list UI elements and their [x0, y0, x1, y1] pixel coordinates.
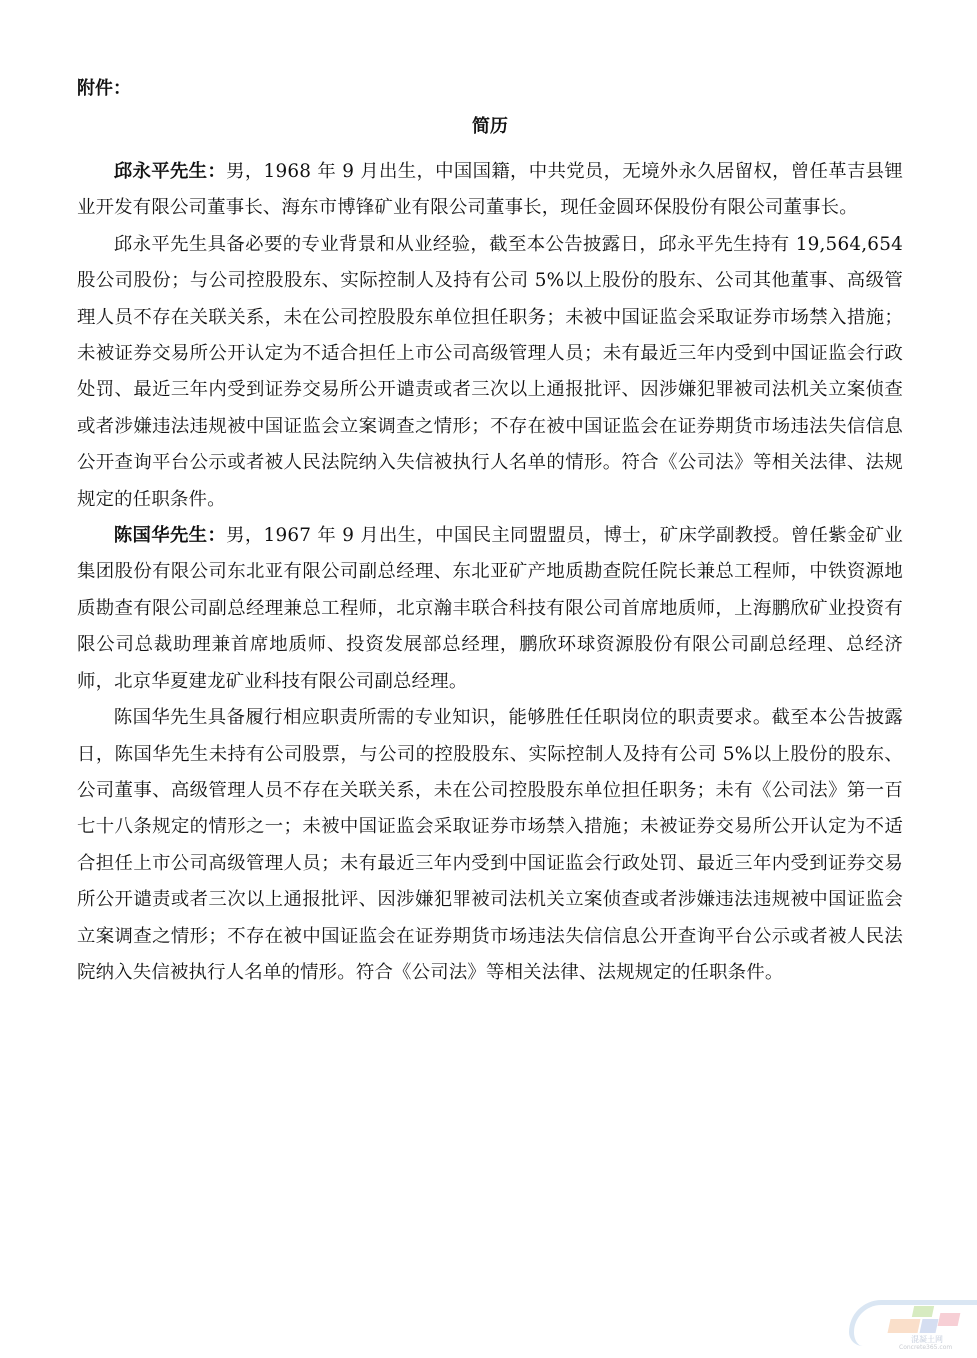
watermark-logo: 混凝土网 Concrete365.com [849, 1294, 969, 1354]
logo-tile-green-icon [912, 1306, 934, 1317]
statement-paragraph-chen: 陈国华先生具备履行相应职责所需的专业知识，能够胜任任职岗位的职责要求。截至本公告… [77, 700, 903, 991]
bio-text-chen: 男，1967 年 9 月出生，中国民主同盟盟员，博士，矿床学副教授。曾任紫金矿业… [77, 525, 903, 692]
attachment-label: 附件： [77, 74, 903, 104]
logo-tile-pink-icon [938, 1313, 961, 1326]
document-page: 附件： 简历 邱永平先生：男，1968 年 9 月出生，中国国籍，中共党员，无境… [77, 74, 903, 991]
document-title: 简历 [77, 112, 903, 142]
person-name-qiu: 邱永平先生： [114, 161, 226, 182]
bio-paragraph-chen: 陈国华先生：男，1967 年 9 月出生，中国民主同盟盟员，博士，矿床学副教授。… [77, 518, 903, 700]
bio-paragraph-qiu: 邱永平先生：男，1968 年 9 月出生，中国国籍，中共党员，无境外永久居留权，… [77, 154, 903, 227]
statement-paragraph-qiu: 邱永平先生具备必要的专业背景和从业经验，截至本公告披露日，邱永平先生持有 19,… [77, 227, 903, 518]
person-name-chen: 陈国华先生： [114, 525, 226, 546]
logo-tile-orange-icon [888, 1319, 921, 1333]
watermark-name-en: Concrete365.com [899, 1344, 952, 1351]
logo-tile-blue-icon [920, 1319, 939, 1333]
